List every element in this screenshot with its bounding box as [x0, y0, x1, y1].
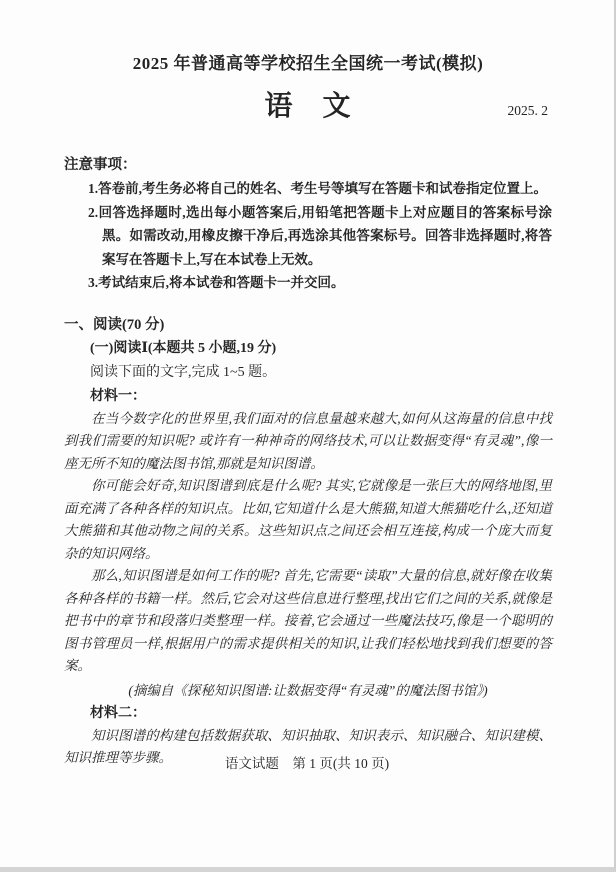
notice-item: 1.答卷前,考生务必将自己的姓名、考生号等填写在答题卡和试卷指定位置上。 — [64, 177, 552, 201]
exam-paper-page: 2025 年普通高等学校招生全国统一考试(模拟) 语 文 2025. 2 注意事… — [0, 0, 616, 872]
notice-item: 3.考试结束后,将本试卷和答题卡一并交回。 — [64, 271, 552, 295]
exam-title: 2025 年普通高等学校招生全国统一考试(模拟) — [64, 53, 552, 75]
notice-item: 2.回答选择题时,选出每小题答案后,用铅笔把答题卡上对应题目的答案标号涂黑。如需… — [64, 201, 552, 272]
subject-title: 语 文 — [64, 87, 552, 127]
section-heading-reading: 一、阅读(70 分) — [64, 313, 552, 337]
material-1-paragraph: 在当今数字化的世界里,我们面对的信息量越来越大,如何从这海量的信息中找到我们需要… — [64, 408, 552, 476]
reading-section: 一、阅读(70 分) (一)阅读Ⅰ(本题共 5 小题,19 分) 阅读下面的文字… — [64, 313, 552, 770]
material-1-attribution: (摘编自《探秘知识图谱:让数据变得“有灵魂”的魔法图书馆》) — [64, 679, 552, 702]
notice-section: 注意事项： 1.答卷前,考生务必将自己的姓名、考生号等填写在答题卡和试卷指定位置… — [64, 153, 552, 295]
material-1-paragraph: 那么,知识图谱是如何工作的呢? 首先,它需要“读取”大量的信息,就好像在收集各种… — [64, 565, 552, 678]
material-1: 材料一： 在当今数字化的世界里,我们面对的信息量越来越大,如何从这海量的信息中找… — [64, 385, 552, 702]
subsection-heading-reading-1: (一)阅读Ⅰ(本题共 5 小题,19 分) — [64, 337, 552, 361]
material-1-paragraph: 你可能会好奇,知识图谱到底是什么呢? 其实,它就像是一张巨大的网络地图,里面充满… — [64, 475, 552, 565]
material-2-label: 材料二： — [64, 702, 552, 725]
page-content: 2025 年普通高等学校招生全国统一考试(模拟) 语 文 2025. 2 注意事… — [0, 0, 614, 770]
reading-instruction: 阅读下面的文字,完成 1~5 题。 — [64, 361, 552, 385]
exam-date: 2025. 2 — [508, 102, 549, 120]
page-footer: 语文试题 第 1 页(共 10 页) — [0, 755, 614, 773]
notice-heading: 注意事项： — [64, 153, 552, 177]
material-1-label: 材料一： — [64, 385, 552, 408]
subject-row: 语 文 2025. 2 — [64, 87, 552, 127]
